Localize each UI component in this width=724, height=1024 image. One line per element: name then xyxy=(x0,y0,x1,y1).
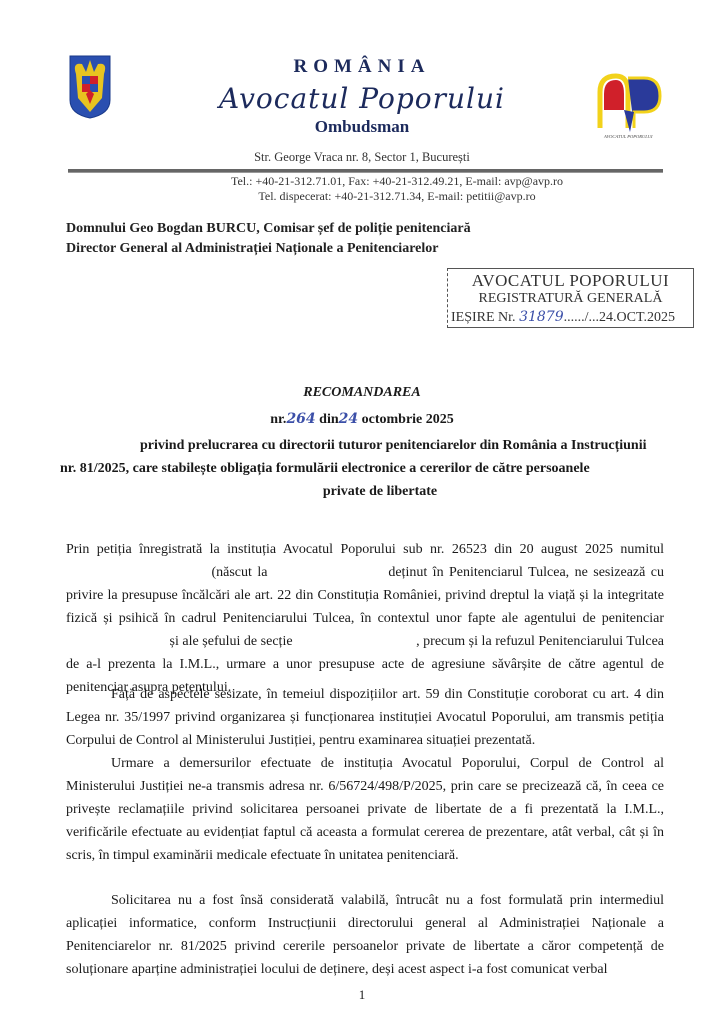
registry-stamp: AVOCATUL POPORULUI REGISTRATURĂ GENERALĂ… xyxy=(447,268,694,328)
document-subject: privind prelucrarea cu directorii tuturo… xyxy=(80,434,680,503)
paragraph-3: Urmare a demersurilor efectuate de insti… xyxy=(66,752,664,867)
ref-month-year: octombrie 2025 xyxy=(362,412,454,427)
paragraph-2: Față de aspectele sesizate, în temeiul d… xyxy=(66,683,664,752)
svg-text:AVOCATUL POPORULUI: AVOCATUL POPORULUI xyxy=(603,134,653,139)
subject-line3: private de libertate xyxy=(80,480,680,503)
p1-part-a: Prin petiția înregistrată la instituția … xyxy=(66,542,664,557)
stamp-date: 24.OCT.2025 xyxy=(599,310,675,325)
paragraph-4: Solicitarea nu a fost însă considerată v… xyxy=(66,889,664,981)
ref-number: 264 xyxy=(286,411,315,427)
ref-day: 24 xyxy=(339,411,358,427)
avocatul-poporului-logo-icon: AVOCATUL POPORULUI xyxy=(594,70,666,142)
header-contact-line1: Tel.: +40-21-312.71.01, Fax: +40-21-312.… xyxy=(0,174,724,189)
addressee-line1: Domnului Geo Bogdan BURCU, Comisar șef d… xyxy=(66,221,471,237)
stamp-line1: AVOCATUL POPORULUI xyxy=(448,271,693,291)
stamp-exit-number: IEȘIRE Nr. 31879....../...24.OCT.2025 xyxy=(451,309,675,326)
stamp-label: IEȘIRE Nr. xyxy=(451,310,516,325)
p1-part-b: (născut la xyxy=(211,565,267,580)
header-divider xyxy=(68,169,663,173)
ref-prefix: nr. xyxy=(270,412,286,427)
header-address: Str. George Vraca nr. 8, Sector 1, Bucur… xyxy=(0,150,724,165)
paragraph-1: Prin petiția înregistrată la instituția … xyxy=(66,538,664,699)
subject-line1: privind prelucrarea cu directorii tuturo… xyxy=(80,434,680,457)
header-contact-line2: Tel. dispecerat: +40-21-312.71.34, E-mai… xyxy=(0,189,724,204)
page-number: 1 xyxy=(0,987,724,1003)
ref-din: din xyxy=(319,412,338,427)
stamp-number: 31879 xyxy=(519,309,564,325)
addressee-line2: Director General al Administrației Națio… xyxy=(66,241,438,257)
subject-line2: nr. 81/2025, care stabilește obligația f… xyxy=(60,457,680,480)
document-reference: nr.264 din24 octombrie 2025 xyxy=(0,411,724,428)
stamp-line2: REGISTRATURĂ GENERALĂ xyxy=(448,291,693,307)
p1-part-c: deținut în Penitenciarul Tulcea, ne sesi… xyxy=(66,565,664,626)
document-title: RECOMANDAREA xyxy=(0,385,724,401)
p1-part-d: și ale șefului de secție xyxy=(170,634,293,649)
